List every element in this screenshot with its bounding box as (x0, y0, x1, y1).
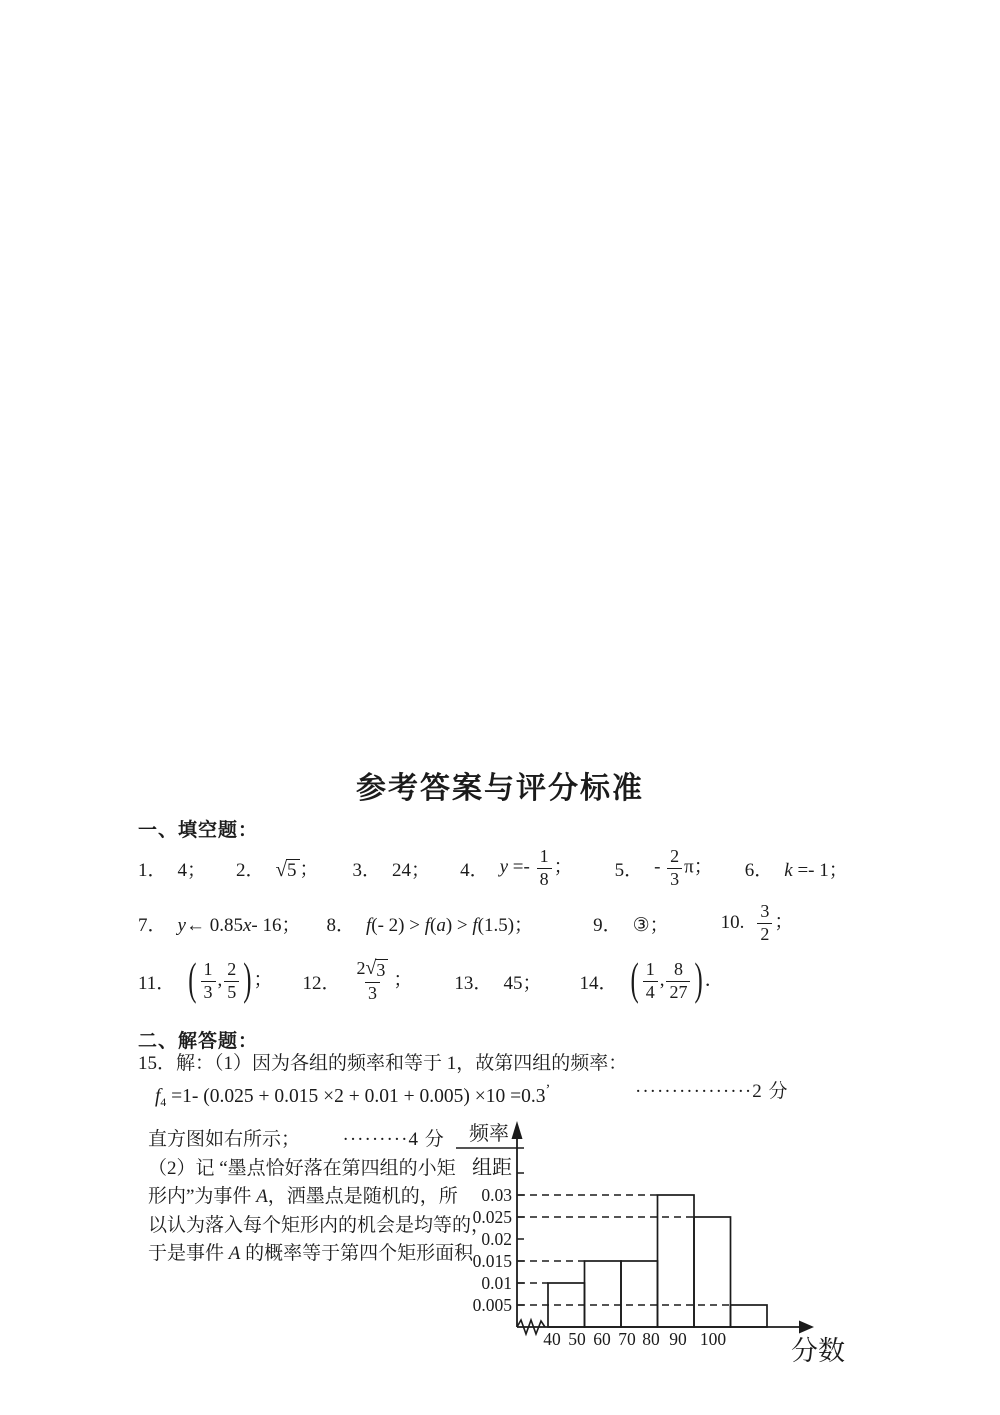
answer-value: y← 0.85x- 16； (178, 910, 301, 937)
answer-number: 7． (138, 910, 167, 937)
math-text: 2 (227, 959, 236, 979)
big-parenthesis: ( (188, 955, 196, 1007)
answer-number: 6． (745, 855, 774, 882)
fraction-numerator: 8 (671, 960, 686, 980)
y-tick-label: 0.015 (473, 1251, 513, 1271)
fraction-numerator: 2√3 (354, 959, 392, 982)
math-text: 4 (646, 982, 655, 1002)
math-text: 1 (204, 959, 213, 979)
answer-value: (13,25)； (186, 960, 272, 1002)
answer-value: ③； (633, 910, 669, 937)
answer-number: 5． (615, 855, 644, 882)
answer-item: 4．y =- 18； (460, 847, 573, 889)
fraction-denominator: 3 (667, 868, 682, 889)
answer-item: 10.32； (721, 902, 794, 944)
answer-value: 4； (178, 855, 207, 882)
section-heading-fill-blanks: 一、填空题： (138, 815, 258, 842)
math-text: ③； (633, 915, 669, 936)
fraction-denominator: 2 (757, 923, 772, 944)
math-text: ； (774, 911, 793, 932)
math-text: ) > (446, 915, 473, 936)
score-mark-2-points: ················2 分 (635, 1076, 789, 1103)
answer-value: 32； (755, 902, 793, 944)
fraction-numerator: 3 (757, 902, 772, 922)
math-variable: y (500, 856, 508, 877)
math-text: （2）记 “墨点恰好落在第四组的小矩 (148, 1158, 456, 1179)
answer-item: 1．4； (138, 855, 206, 882)
math-text: ，洒墨点是随机的，所 (268, 1186, 458, 1207)
answer-value: (14,827)． (628, 960, 723, 1002)
fraction-denominator: 8 (537, 868, 552, 889)
math-text: 4； (178, 860, 207, 881)
fraction-numerator: 2 (667, 847, 682, 867)
big-parenthesis: ) (694, 955, 702, 1007)
histogram-bar (694, 1217, 731, 1327)
math-fraction: 25 (224, 960, 239, 1002)
math-text: - 16； (251, 915, 300, 936)
y-tick-label: 0.025 (473, 1207, 513, 1227)
math-text: =- (508, 856, 535, 877)
math-superscript: ’ (545, 1082, 550, 1098)
answer-value: k =- 1； (784, 855, 847, 882)
answer-number: 2． (236, 855, 265, 882)
x-tick-label: 80 (642, 1329, 660, 1349)
math-text: 24； (392, 860, 430, 881)
answers-row: 1．4；2．√5；3．24；4．y =- 18；5．- 23π；6．k =- 1… (138, 840, 848, 896)
math-variable: A (256, 1186, 268, 1207)
math-text: 2 (670, 846, 679, 866)
math-text: 2 (357, 958, 366, 978)
big-parenthesis: ) (243, 955, 251, 1007)
answer-value: 2√33； (352, 959, 413, 1003)
math-text: 以认为落入每个矩形内的机会是均等的， (148, 1215, 490, 1236)
math-text: 2 (760, 924, 769, 944)
page-title: 参考答案与评分标准 (0, 763, 1000, 807)
answer-number: 4． (460, 855, 489, 882)
fraction-numerator: 1 (201, 960, 216, 980)
fraction-numerator: 2 (224, 960, 239, 980)
histogram-bar (585, 1261, 622, 1327)
answer-item: 6．k =- 1； (745, 855, 848, 882)
answer-item: 14．(14,827)． (579, 960, 723, 1002)
math-text: 27 (669, 982, 687, 1002)
math-text: =1- (0.025 + 0.015 ×2 + 0.01 + 0.005) ×1… (166, 1086, 545, 1107)
math-text: 于是事件 (148, 1243, 229, 1264)
math-fraction: 13 (201, 960, 216, 1002)
math-variable: a (436, 915, 446, 936)
math-text: ； (254, 969, 273, 990)
math-variable: y (178, 915, 186, 936)
math-text: =- 1； (793, 860, 848, 881)
fraction-numerator: 1 (643, 960, 658, 980)
y-axis-label-numerator: 频率 (469, 1122, 509, 1145)
math-text: 3 (376, 960, 385, 980)
math-text: - (654, 856, 665, 877)
answer-number: 12． (303, 968, 341, 995)
answer-number: 11． (138, 968, 175, 995)
paragraph-line: （2）记 “墨点恰好落在第四组的小矩 (148, 1155, 490, 1184)
fraction-numerator: 1 (537, 847, 552, 867)
paragraph-line: 直方图如右所示；·········4 分 (148, 1126, 490, 1155)
answers-row: 11．(13,25)；12．2√33；13．45；14．(14,827)． (138, 950, 724, 1012)
math-fraction: 2√33 (354, 959, 392, 1003)
answer-item: 3．24； (353, 855, 431, 882)
math-text: 8 (674, 959, 683, 979)
paragraph-line: 于是事件 A 的概率等于第四个矩形面积 (148, 1240, 490, 1269)
math-text: (1.5)； (478, 915, 533, 936)
fraction-denominator: 27 (666, 981, 690, 1002)
math-text: 形内”为事件 (148, 1186, 256, 1207)
y-axis-label-denominator: 组距 (472, 1156, 512, 1179)
answer-item: 11．(13,25)； (138, 960, 273, 1002)
math-fraction: 32 (757, 902, 772, 944)
math-sqrt: √5 (276, 859, 300, 882)
x-tick-label: 100 (700, 1329, 727, 1349)
fraction-denominator: 3 (365, 982, 380, 1003)
math-text: π； (684, 856, 713, 877)
math-text: 5 (227, 982, 236, 1002)
answer-value: - 23π； (654, 847, 713, 889)
math-sqrt: √3 (366, 959, 389, 981)
math-fraction: 827 (666, 960, 690, 1002)
x-tick-label: 50 (568, 1329, 586, 1349)
math-text: ； (300, 859, 319, 880)
math-text: ； (554, 856, 573, 877)
frequency-histogram: 0.030.0250.020.0150.010.0054050607080901… (455, 1108, 1000, 1380)
answer-number: 9． (593, 910, 622, 937)
answer-value: y =- 18； (500, 847, 573, 889)
math-text: 3 (760, 901, 769, 921)
math-text: , (218, 969, 223, 990)
score-mark-4-points: ·········4 分 (343, 1129, 445, 1150)
math-text: ← 0.85 (186, 915, 243, 936)
math-fraction: 18 (537, 847, 552, 889)
fraction-denominator: 4 (643, 981, 658, 1002)
fraction-denominator: 5 (224, 981, 239, 1002)
math-text: 3 (670, 869, 679, 889)
answer-value: √5； (276, 854, 319, 882)
answer-number: 13． (454, 968, 492, 995)
math-text: 8 (540, 869, 549, 889)
radicand: 5 (286, 859, 300, 882)
document-page: 参考答案与评分标准 一、填空题： 1．4；2．√5；3．24；4．y =- 18… (0, 0, 1000, 1415)
histogram-svg: 0.030.0250.020.0150.010.0054050607080901… (455, 1108, 1000, 1380)
math-variable: k (784, 860, 792, 881)
answer-value: f(- 2) > f(a) > f(1.5)； (366, 910, 533, 937)
math-fraction: 14 (643, 960, 658, 1002)
math-text: 的概率等于第四个矩形面积 (240, 1243, 473, 1264)
math-variable: A (229, 1243, 241, 1264)
y-tick-label: 0.02 (481, 1229, 512, 1249)
math-fraction: 23 (667, 847, 682, 889)
q15-solution-intro: 15．解：（1）因为各组的频率和等于 1，故第四组的频率： (138, 1048, 627, 1075)
math-text: 直方图如右所示； (148, 1129, 291, 1150)
y-tick-label: 0.01 (481, 1273, 512, 1293)
math-text: 1 (540, 846, 549, 866)
fraction-denominator: 3 (201, 981, 216, 1002)
answer-number: 14． (579, 968, 617, 995)
answer-item: 7．y← 0.85x- 16； (138, 910, 300, 937)
answer-number: 3． (353, 855, 382, 882)
math-text: 5 (287, 860, 297, 881)
answer-value: 45； (503, 968, 541, 995)
answer-number: 1． (138, 855, 167, 882)
answer-item: 2．√5； (236, 854, 319, 882)
x-tick-label: 70 (618, 1329, 636, 1349)
q15-frequency-formula: f4 =1- (0.025 + 0.015 ×2 + 0.01 + 0.005)… (155, 1082, 550, 1109)
x-tick-label: 40 (543, 1329, 561, 1349)
math-text: (- 2) > (371, 915, 424, 936)
paragraph-line: 形内”为事件 A，洒墨点是随机的，所 (148, 1183, 490, 1212)
paragraph-line: 以认为落入每个矩形内的机会是均等的， (148, 1212, 490, 1241)
histogram-bar (731, 1305, 768, 1327)
histogram-bar (621, 1261, 658, 1327)
x-tick-label: 90 (669, 1329, 687, 1349)
y-axis-arrow-icon (512, 1121, 523, 1139)
math-text: 3 (368, 983, 377, 1003)
histogram-bar (658, 1195, 695, 1327)
answer-number: 10. (721, 912, 745, 934)
x-axis-label: 分数 (791, 1336, 845, 1366)
math-text: , (660, 969, 665, 990)
answer-number: 8． (326, 910, 355, 937)
math-text: 3 (204, 982, 213, 1002)
big-parenthesis: ( (630, 955, 638, 1007)
answers-row: 7．y← 0.85x- 16；8．f(- 2) > f(a) > f(1.5)；… (138, 896, 793, 950)
answer-item: 9．③； (593, 910, 669, 937)
answer-item: 5．- 23π； (615, 847, 713, 889)
y-tick-label: 0.005 (473, 1295, 513, 1315)
math-text: ． (705, 969, 724, 990)
math-text: ； (393, 969, 412, 990)
y-tick-label: 0.03 (481, 1185, 512, 1205)
math-text: 45； (503, 973, 541, 994)
x-tick-label: 60 (593, 1329, 611, 1349)
answer-value: 24； (392, 855, 430, 882)
answer-item: 8．f(- 2) > f(a) > f(1.5)； (326, 910, 533, 937)
radicand: 3 (375, 959, 388, 981)
q15-explanation-paragraph: 直方图如右所示；·········4 分（2）记 “墨点恰好落在第四组的小矩形内… (148, 1126, 490, 1269)
math-text: 1 (646, 959, 655, 979)
answer-item: 13．45； (454, 968, 541, 995)
answer-item: 12．2√33； (303, 959, 413, 1003)
x-axis-arrow-icon (799, 1321, 814, 1334)
